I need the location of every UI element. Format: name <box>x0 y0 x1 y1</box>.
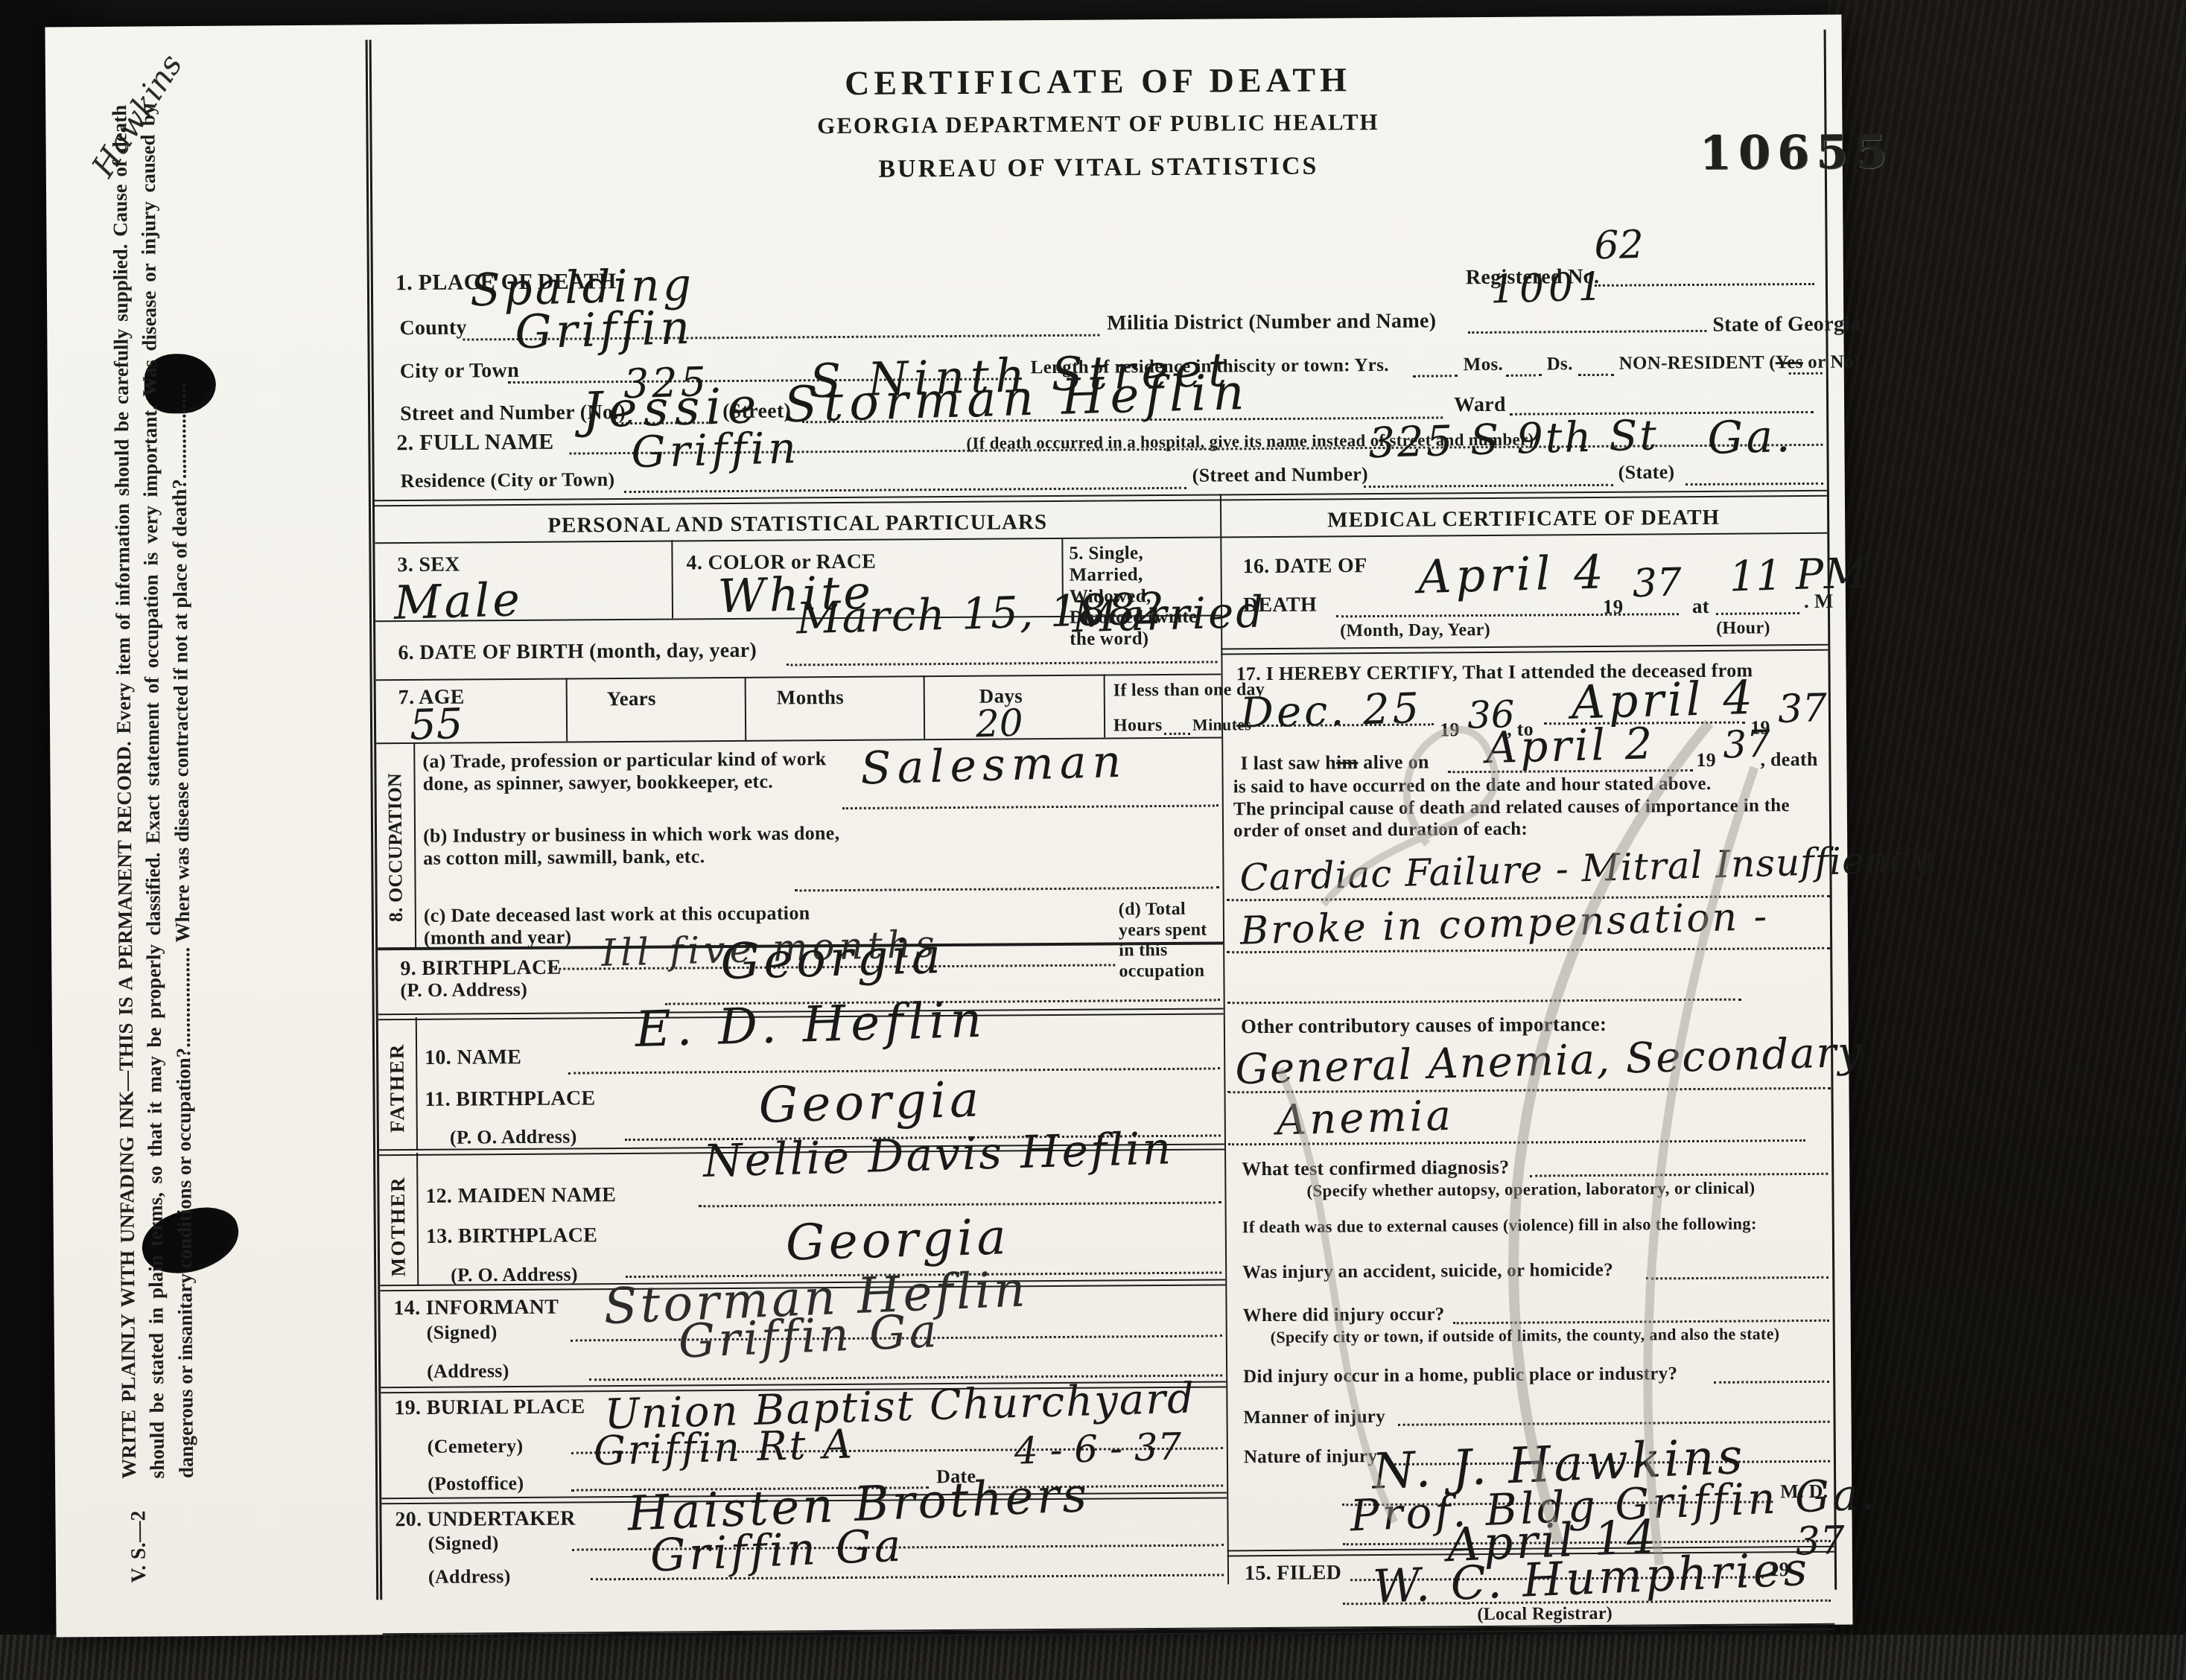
certificate-title: CERTIFICATE OF DEATH <box>372 57 1824 106</box>
age-div4 <box>1104 675 1106 738</box>
mos-label: Mos. <box>1464 354 1503 375</box>
dod-m-label: . M <box>1804 590 1834 613</box>
dod-bottom <box>1221 644 1828 655</box>
pencil-scribble-overlay <box>1233 678 1835 1613</box>
mother-maiden-line <box>699 1201 1221 1207</box>
nonresident-label: NON-RESIDENT (Yes or No) <box>1619 351 1861 374</box>
sex-race-divider <box>671 541 673 619</box>
father-side-divider <box>416 1017 418 1151</box>
militia-line <box>1468 330 1706 334</box>
informant-address-value: Griffin Ga <box>677 1303 941 1369</box>
divider-under-residence <box>375 490 1827 507</box>
father-birthplace-sub: (P. O. Address) <box>450 1125 577 1148</box>
yrs-line <box>1413 375 1458 377</box>
father-birthplace-value: Georgia <box>758 1071 984 1134</box>
ds-line <box>1578 374 1614 376</box>
dob-value: March 15, 1882 <box>795 583 1166 644</box>
cemetery-label: (Cemetery) <box>428 1435 524 1458</box>
nonresident-line <box>1789 372 1823 375</box>
hours-line <box>1164 733 1190 735</box>
certificate-number-stamp: 10655 <box>1699 124 1893 180</box>
dod-hour-value: 11 PM <box>1729 549 1867 601</box>
months-label: Months <box>777 686 845 710</box>
certificate-form: CERTIFICATE OF DEATH GEORGIA DEPARTMENT … <box>366 30 1837 1600</box>
occupation-a-label: (a) Trade, profession or particular kind… <box>422 748 839 795</box>
city-label: City or Town <box>400 359 519 384</box>
postoffice-label: (Postoffice) <box>428 1472 524 1495</box>
row6-bottom <box>376 673 1221 681</box>
residence-street-label: (Street and Number) <box>1192 463 1369 487</box>
residence-city-value: Griffin <box>631 422 801 477</box>
father-birthplace-label: 11. BIRTHPLACE <box>425 1086 595 1112</box>
registered-no-value: 62 <box>1594 223 1645 269</box>
dob-label: 6. DATE OF BIRTH (month, day, year) <box>398 639 757 665</box>
occupation-b-label: (b) Industry or business in which work w… <box>423 822 840 870</box>
certificate-page: Hawkins WRITE PLAINLY WITH UNFADING INK—… <box>45 15 1852 1638</box>
personal-column-header: PERSONAL AND STATISTICAL PARTICULARS <box>375 509 1220 539</box>
date-of-death-value: April 4 <box>1417 544 1609 604</box>
mother-birthplace-label: 13. BIRTHPLACE <box>426 1224 598 1249</box>
dod-hour-sub: (Hour) <box>1716 618 1770 639</box>
full-name-label: 2. FULL NAME <box>396 430 553 456</box>
burial-label: 19. BURIAL PLACE <box>394 1395 585 1420</box>
department-subtitle: GEORGIA DEPARTMENT OF PUBLIC HEALTH <box>372 106 1824 143</box>
margin-warning-text: WRITE PLAINLY WITH UNFADING INK—THIS IS … <box>105 104 256 1479</box>
dob-line <box>787 661 1217 666</box>
undertaker-label: 20. UNDERTAKER <box>395 1507 575 1533</box>
residence-street-value: 325 S 9th St <box>1368 411 1659 468</box>
scan-fabric-texture-bottom <box>0 1635 2186 1680</box>
form-code: V. S.—2 <box>127 1510 151 1583</box>
father-name-label: 10. NAME <box>425 1046 521 1070</box>
hours-label: Hours <box>1113 716 1163 736</box>
residence-state-label: (State) <box>1618 461 1675 484</box>
medical-column-header: MEDICAL CERTIFICATE OF DEATH <box>1220 505 1827 534</box>
informant-address-label: (Address) <box>427 1360 509 1383</box>
birthplace-sub-label: (P. O. Address) <box>400 979 527 1002</box>
residence-city-line <box>624 487 1186 493</box>
dod-hour-line <box>1716 612 1799 615</box>
birthplace-value: Georgia <box>719 927 945 990</box>
mother-side-label: MOTHER <box>387 1171 410 1282</box>
residence-state-value: Ga. <box>1706 410 1793 465</box>
undertaker-address-value: Griffin Ga <box>649 1520 904 1582</box>
residence-label: Residence (City or Town) <box>401 468 615 492</box>
nonresident-yes-struck: Yes <box>1776 352 1803 372</box>
birthplace-label: 9. BIRTHPLACE <box>400 956 561 981</box>
occupation-a-line <box>842 804 1218 809</box>
informant-signed-label: (Signed) <box>427 1321 498 1344</box>
mother-side-divider <box>416 1153 419 1286</box>
informant-label: 14. INFORMANT <box>393 1296 559 1321</box>
father-name-value: E. D. Heflin <box>635 991 988 1058</box>
ward-label: Ward <box>1454 393 1506 417</box>
city-value: Griffin <box>514 300 694 360</box>
bureau-subtitle: BUREAU OF VITAL STATISTICS <box>372 149 1825 188</box>
registered-no-line <box>1595 283 1814 287</box>
militia-value: 1001 <box>1490 264 1607 312</box>
occupation-d-label: (d) Total years spent in this occupation <box>1119 899 1224 981</box>
state-of-georgia-label: State of Georgia <box>1712 312 1861 337</box>
occupation-side-divider <box>413 742 416 947</box>
occupation-side-label: 8. OCCUPATION <box>384 762 407 933</box>
mos-line <box>1506 374 1542 376</box>
years-label: Years <box>607 687 656 710</box>
occupation-a-value: Salesman <box>860 736 1128 795</box>
dod-year-value: 37 <box>1632 560 1683 606</box>
age-div1 <box>566 678 568 742</box>
date-of-death-label1: 16. DATE OF <box>1242 554 1367 579</box>
residence-street-line <box>1364 484 1613 488</box>
father-side-label: FATHER <box>385 1032 409 1144</box>
column-divider <box>1220 494 1229 1584</box>
age-div2 <box>745 677 747 740</box>
dod-line <box>1336 613 1679 617</box>
dod-mdy-sub: (Month, Day, Year) <box>1340 620 1490 641</box>
age-div3 <box>924 675 926 739</box>
postoffice-value: Griffin Rt A <box>593 1420 855 1474</box>
undertaker-address-label: (Address) <box>428 1565 511 1588</box>
mother-maiden-label: 12. MAIDEN NAME <box>425 1183 616 1209</box>
residence-state-line <box>1685 483 1823 486</box>
militia-label: Militia District (Number and Name) <box>1107 309 1436 335</box>
county-label: County <box>399 316 467 341</box>
scanned-document-background: Hawkins WRITE PLAINLY WITH UNFADING INK—… <box>0 0 2186 1680</box>
ds-label: Ds. <box>1547 354 1573 375</box>
occupation-b-line <box>795 886 1219 891</box>
dod-at-label: at <box>1692 595 1709 618</box>
burial-date-value: 4 - 6 - 37 <box>1014 1425 1182 1472</box>
undertaker-signed-label: (Signed) <box>428 1532 499 1555</box>
